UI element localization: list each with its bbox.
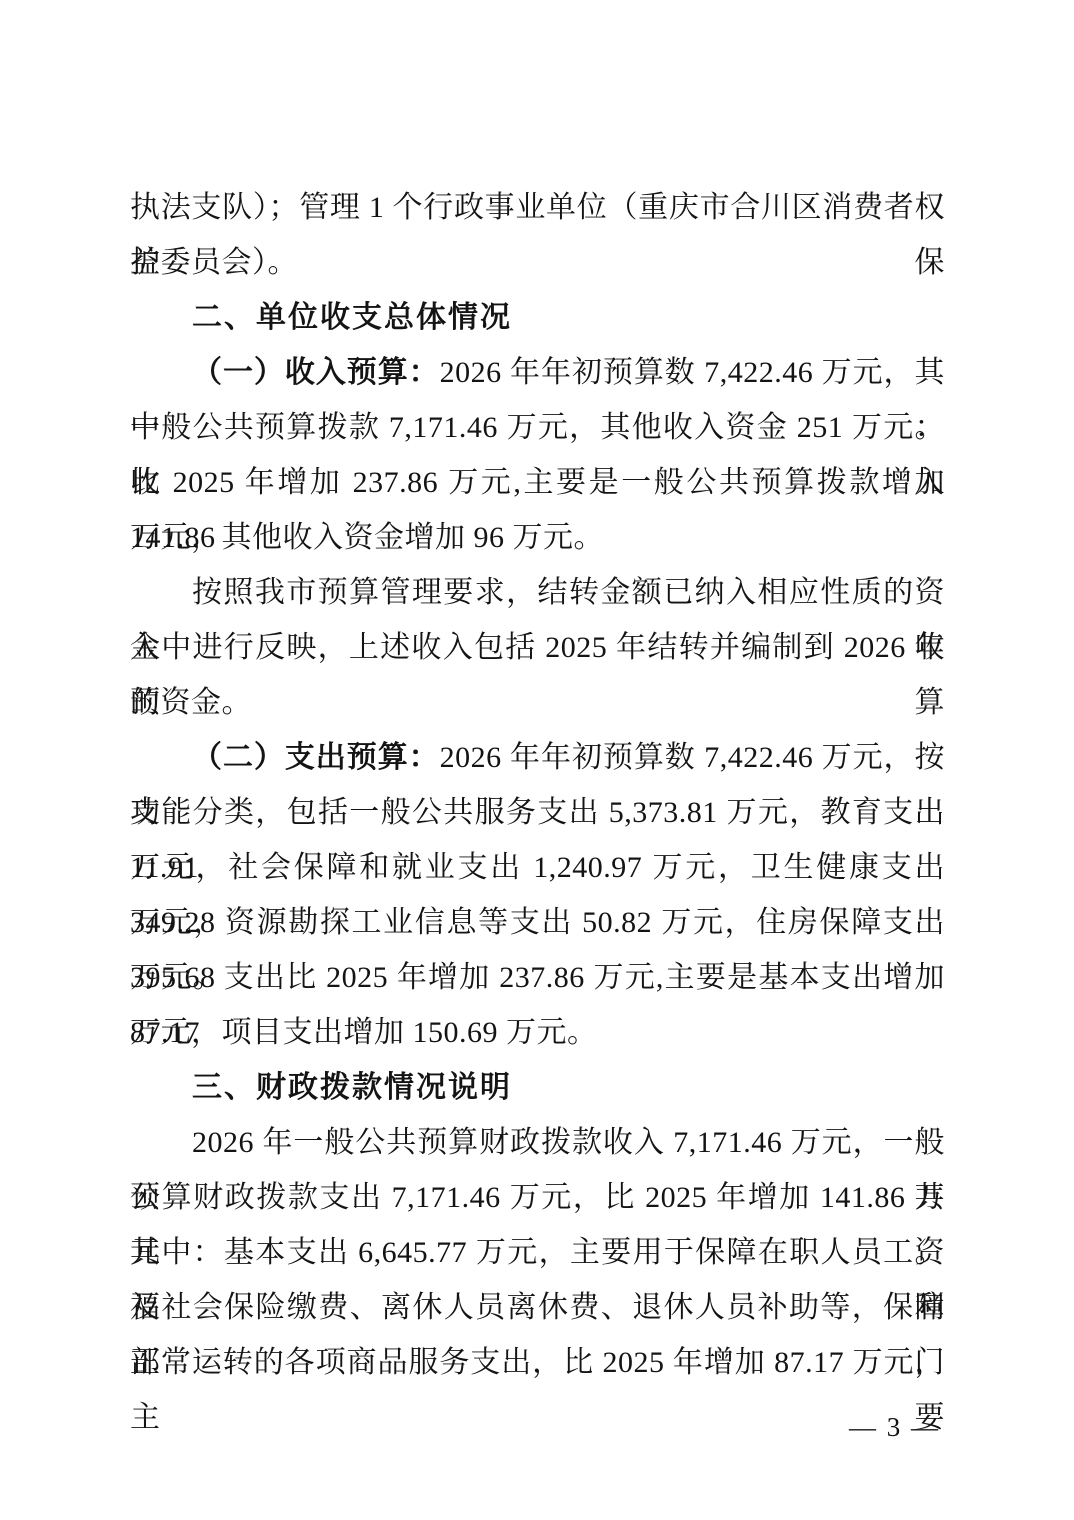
text-segment: （二）支出预算： bbox=[192, 741, 440, 774]
text-segment: 三、财政拨款情况说明 bbox=[192, 1071, 512, 1104]
text-segment: 正常运转的各项商品服务支出，比 2025 年增加 87.17 万元，主要 bbox=[130, 1346, 945, 1434]
text-segment: 护委员会）。 bbox=[130, 246, 298, 279]
text-line: 2026 年一般公共预算财政拨款收入 7,171.46 万元，一般公共 bbox=[130, 1115, 945, 1170]
section-heading: 二、单位收支总体情况 bbox=[130, 290, 945, 345]
text-line: 万元，资源勘探工业信息等支出 50.82 万元，住房保障支出 395.68 bbox=[130, 895, 945, 950]
text-line: 万元。支出比 2025 年增加 237.86 万元,主要是基本支出增加 87.1… bbox=[130, 950, 945, 1005]
text-line: 及社会保险缴费、离休人员离休费、退休人员补助等，保障部门 bbox=[130, 1280, 945, 1335]
document-body: 执法支队）；管理 1 个行政事业单位（重庆市合川区消费者权益保护委员会）。二、单… bbox=[130, 180, 945, 1390]
text-line: 万元，社会保障和就业支出 1,240.97 万元，卫生健康支出 349.28 bbox=[130, 840, 945, 895]
text-line: 一般公共预算拨款 7,171.46 万元，其他收入资金 251 万元。收入 bbox=[130, 400, 945, 455]
page-number: — 3 — bbox=[849, 1412, 940, 1443]
text-line: 入中进行反映，上述收入包括 2025 年结转并编制到 2026 年预算 bbox=[130, 620, 945, 675]
text-line: 万元，项目支出增加 150.69 万元。 bbox=[130, 1005, 945, 1060]
text-line: 功能分类，包括一般公共服务支出 5,373.81 万元，教育支出 11.91 bbox=[130, 785, 945, 840]
text-line: 执法支队）；管理 1 个行政事业单位（重庆市合川区消费者权益保 bbox=[130, 180, 945, 235]
text-line: 正常运转的各项商品服务支出，比 2025 年增加 87.17 万元，主要 bbox=[130, 1335, 945, 1390]
section-heading: 三、财政拨款情况说明 bbox=[130, 1060, 945, 1115]
text-segment: 万元，项目支出增加 150.69 万元。 bbox=[130, 1016, 598, 1049]
text-segment: 入中进行反映，上述收入包括 2025 年结转并编制到 2026 年预算 bbox=[130, 631, 945, 719]
text-line: 万元，其他收入资金增加 96 万元。 bbox=[130, 510, 945, 565]
document-page: 执法支队）；管理 1 个行政事业单位（重庆市合川区消费者权益保护委员会）。二、单… bbox=[0, 0, 1074, 1520]
text-segment: 二、单位收支总体情况 bbox=[192, 301, 512, 334]
text-segment: 的资金。 bbox=[130, 686, 252, 719]
text-line: （一）收入预算：2026 年年初预算数 7,422.46 万元，其中： bbox=[130, 345, 945, 400]
text-segment: 万元，其他收入资金增加 96 万元。 bbox=[130, 521, 604, 554]
text-line: 比 2025 年增加 237.86 万元,主要是一般公共预算拨款增加 141.8… bbox=[130, 455, 945, 510]
text-line: 按照我市预算管理要求，结转金额已纳入相应性质的资金收 bbox=[130, 565, 945, 620]
text-line: （二）支出预算：2026 年年初预算数 7,422.46 万元，按支出 bbox=[130, 730, 945, 785]
text-segment: （一）收入预算： bbox=[192, 356, 440, 389]
text-line: 其中：基本支出 6,645.77 万元，主要用于保障在职人员工资福利 bbox=[130, 1225, 945, 1280]
text-line: 预算财政拨款支出 7,171.46 万元，比 2025 年增加 141.86 万… bbox=[130, 1170, 945, 1225]
